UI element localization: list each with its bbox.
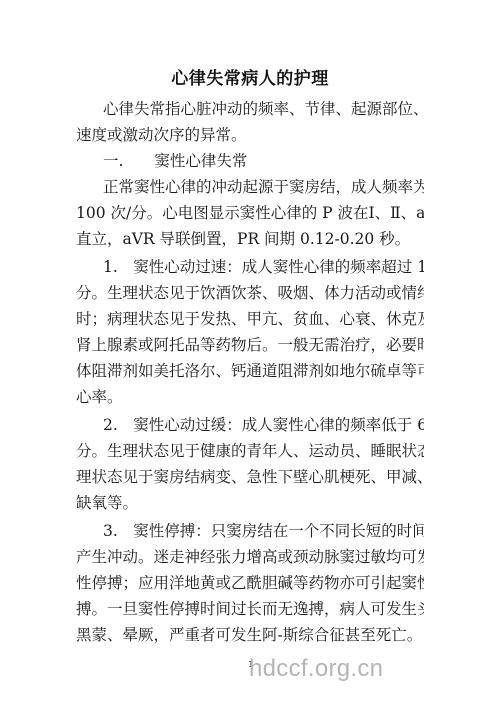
text-line: 肾上腺素或阿托品等药物后。一般无需治疗，必要时β受 bbox=[76, 333, 424, 357]
text-line: 100 次/分。心电图显示窦性心律的 P 波在Ⅰ、Ⅱ、aVF 导联 bbox=[76, 201, 424, 225]
text-line: 黑蒙、晕厥，严重者可发生阿-斯综合征甚至死亡。 bbox=[76, 623, 424, 647]
text-line: 分。生理状态见于饮酒饮茶、吸烟、体力活动或情绪激动 bbox=[76, 281, 424, 305]
text-line: 速度或激动次序的异常。 bbox=[76, 123, 424, 147]
text-line: 2. 窦性心动过缓：成人窦性心律的频率低于 60 次/ bbox=[103, 413, 424, 437]
text-line: 分。生理状态见于健康的青年人、运动员、睡眠状态；病 bbox=[76, 439, 424, 463]
document-page: 心律失常病人的护理 心律失常指心脏冲动的频率、节律、起源部位、传导速度或激动次序… bbox=[0, 0, 500, 707]
watermark: hdccf.org.cn bbox=[249, 655, 383, 683]
text-line: 搏。一旦窦性停搏时间过长而无逸搏，病人可发生头晕、 bbox=[76, 597, 424, 621]
text-line: 3. 窦性停搏：只窦房结在一个不同长短的时间内不能 bbox=[103, 519, 424, 543]
text-line: 性停搏；应用洋地黄或乙酰胆碱等药物亦可引起窦性停 bbox=[76, 571, 424, 595]
text-line: 缺氧等。 bbox=[76, 491, 424, 515]
text-line: 心率。 bbox=[76, 385, 424, 409]
text-line: 心律失常指心脏冲动的频率、节律、起源部位、传导 bbox=[103, 97, 424, 121]
text-line: 时；病理状态见于发热、甲亢、贫血、心衰、休克及应用 bbox=[76, 307, 424, 331]
text-line: 产生冲动。迷走神经张力增高或颈动脉窦过敏均可发生窦 bbox=[76, 545, 424, 569]
document-title: 心律失常病人的护理 bbox=[0, 64, 500, 89]
text-line: 直立，aVR 导联倒置，PR 间期 0.12-0.20 秒。 bbox=[76, 227, 424, 251]
text-line: 一. 窦性心律失常 bbox=[103, 149, 424, 173]
text-line: 理状态见于窦房结病变、急性下壁心肌梗死、甲减、严重 bbox=[76, 465, 424, 489]
text-line: 体阻滞剂如美托洛尔、钙通道阻滞剂如地尔硫卓等可减慢 bbox=[76, 359, 424, 383]
text-line: 正常窦性心律的冲动起源于窦房结，成人频率为 60- bbox=[103, 175, 424, 199]
text-line: 1. 窦性心动过速：成人窦性心律的频率超过 100 次/ bbox=[103, 255, 424, 279]
